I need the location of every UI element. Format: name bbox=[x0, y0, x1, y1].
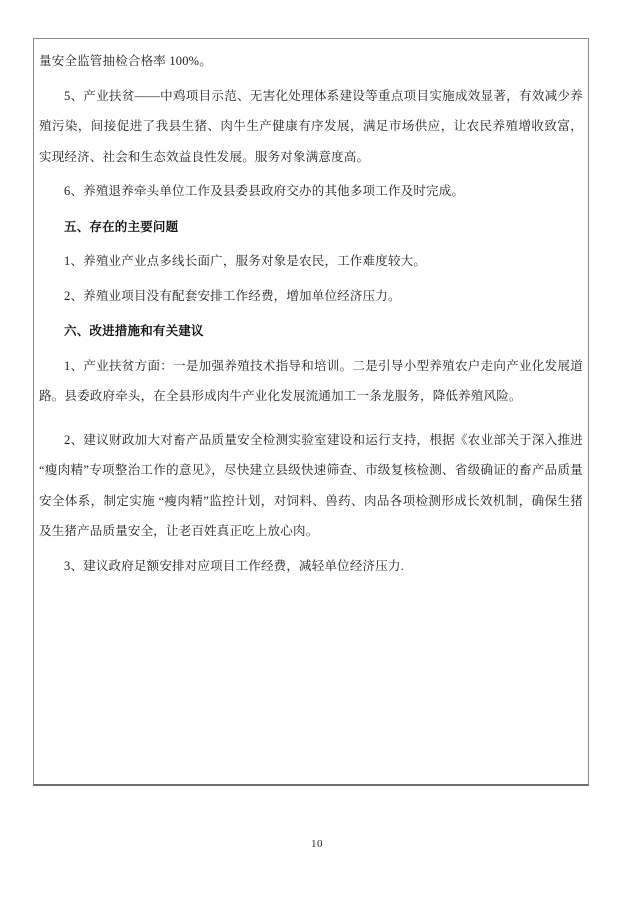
section-heading-problems: 五、存在的主要问题 bbox=[39, 212, 583, 243]
page-number: 10 bbox=[0, 838, 634, 850]
paragraph-problem-item-1: 1、养殖业产业点多线长面广，服务对象是农民，工作难度较大。 bbox=[39, 246, 583, 277]
paragraph-achievement-item-5: 5、产业扶贫——中鸡项目示范、无害化处理体系建设等重点项目实施成效显著，有效减少… bbox=[39, 81, 583, 173]
report-table-cell: 量安全监管抽检合格率 100%。 5、产业扶贫——中鸡项目示范、无害化处理体系建… bbox=[33, 38, 589, 786]
paragraph-problem-item-2: 2、养殖业项目没有配套安排工作经费，增加单位经济压力。 bbox=[39, 281, 583, 312]
paragraph-overflow-line: 量安全监管抽检合格率 100%。 bbox=[39, 46, 583, 77]
paragraph-suggestion-item-1: 1、产业扶贫方面：一是加强养殖技术指导和培训。二是引导小型养殖农户走向产业化发展… bbox=[39, 351, 583, 412]
section-heading-suggestions: 六、改进措施和有关建议 bbox=[39, 316, 583, 347]
paragraph-achievement-item-6: 6、养殖退养牵头单位工作及县委县政府交办的其他多项工作及时完成。 bbox=[39, 176, 583, 207]
paragraph-suggestion-item-3: 3、建议政府足额安排对应项目工作经费，减轻单位经济压力. bbox=[39, 551, 583, 582]
document-page: { "page": { "footer_page_number": "10", … bbox=[0, 0, 634, 898]
paragraph-suggestion-item-2: 2、建议财政加大对畜产品质量安全检测实验室建设和运行支持，根据《农业部关于深入推… bbox=[39, 425, 583, 547]
